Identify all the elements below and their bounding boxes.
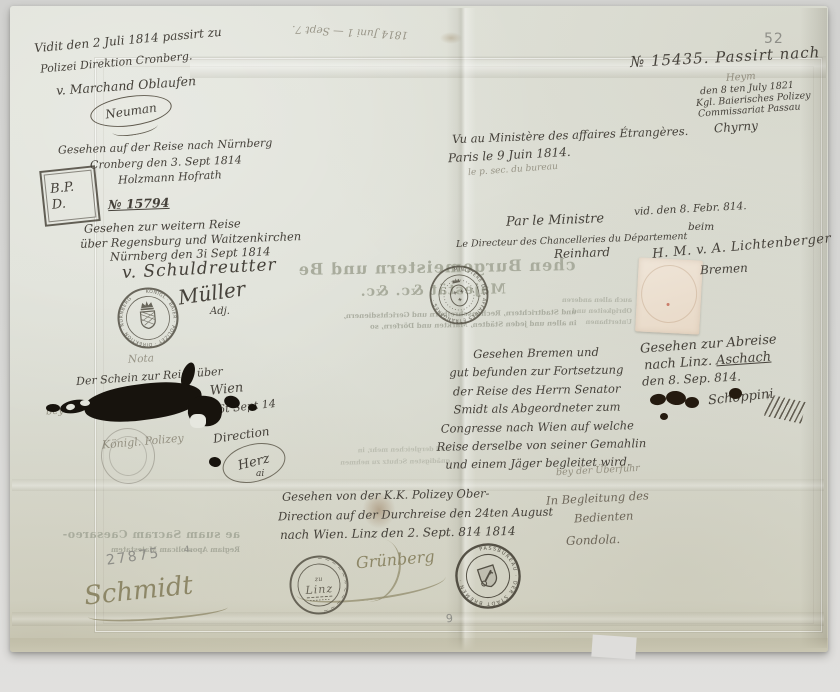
- visa-nuernberg-countersignature-sub: Adj.: [210, 307, 230, 318]
- ink-cancellation-tail2: [46, 404, 60, 412]
- bleedthrough-line: auch allen anderen: [548, 296, 632, 304]
- bleedthrough-right: auch allen anderen Obrigkeiten und Unter…: [548, 296, 632, 326]
- stamp-outer-ring: [116, 286, 180, 350]
- visa-vid-line2: beim: [688, 222, 714, 233]
- bp-stamp-line2: D.: [51, 195, 94, 213]
- fleur-de-lis-icon: [453, 290, 465, 303]
- bleedthrough-line: Obrigkeiten und: [548, 307, 632, 315]
- crown-band: [141, 308, 154, 311]
- shield-lozenges: [141, 311, 156, 325]
- ink-cancellation-dot: [248, 404, 257, 411]
- photograph-background: { "colors": { "background": "#d7d7d5", "…: [0, 0, 840, 692]
- shield-icon: [449, 283, 470, 307]
- visa-vienna-signature: Herz: [237, 452, 271, 473]
- ink-blot: [685, 397, 699, 408]
- visa-vid-signature-sub: Bremen: [700, 262, 748, 277]
- dotted-ring: [441, 277, 477, 313]
- visa-linz-line1: Gesehen von der K.K. Polizey Ober-: [282, 487, 490, 503]
- ink-gap: [190, 414, 206, 428]
- ink-blot: [729, 388, 742, 399]
- bleedthrough-line: ae suam Sacram Caesareo-: [108, 528, 240, 541]
- bleedthrough-line: und dergleichen mehr, in: [300, 445, 450, 456]
- visa-passau-signature: Chyrny: [714, 119, 759, 135]
- stamp-inner-ring: [125, 295, 172, 342]
- stamp-rim-text: KÖNIGL · BAIER · POLIZEY · DIREKTION · N…: [115, 286, 179, 350]
- pencil-register-suffix: 4.: [183, 544, 193, 555]
- visa-nuernberg-number: № 15794: [108, 196, 170, 211]
- seal-impression-circle: [640, 264, 699, 325]
- escort-line2: Bedienten: [574, 509, 634, 524]
- escort-signature: Gondola.: [566, 533, 621, 547]
- bottom-edge-tear: [591, 634, 636, 659]
- ink-gap: [80, 400, 90, 406]
- bp-boxed-stamp: B.P. D.: [39, 165, 101, 227]
- bleedthrough-line: Unterthanen: [548, 318, 632, 326]
- svg-text:KÖNIGL · BAIER · POLIZEY · DIR: KÖNIGL · BAIER · POLIZEY · DIREKTION · N…: [115, 286, 179, 350]
- visa-nuernberg-nota: Nota: [128, 353, 155, 365]
- visa-erlangen-signature: Neuman: [105, 101, 158, 121]
- nuernberg-police-stamp: KÖNIGL · BAIER · POLIZEY · DIREKTION · N…: [113, 283, 182, 352]
- crown-icon: [141, 301, 154, 309]
- visa-vienna-signature-sub: ai: [256, 470, 264, 479]
- wax-seal-under-paper: [635, 257, 703, 334]
- visa-paris-signature: Reinhard: [554, 246, 610, 261]
- stamp-center-linz: Linz: [304, 582, 334, 597]
- worn-bottom-edge: [10, 638, 828, 652]
- pencil-nine-mark: 9: [445, 612, 453, 626]
- stamp-rim-text: MINISTÈRE DES AFFAIRES ÉTRANGÈRES ·: [426, 261, 493, 330]
- right-edge-fold: [800, 8, 827, 648]
- bleedthrough-mid: und dergleichen mehr, in gnädigsten Schu…: [300, 445, 450, 468]
- crown-icon: [452, 278, 461, 284]
- ink-blot: [660, 413, 668, 420]
- stamp-underline2: [310, 599, 330, 600]
- bleedthrough-center: chen Burgemeistern und Be Majestät &c. &…: [245, 255, 576, 333]
- visa-paris-minister-line1: Par le Ministre: [506, 212, 604, 229]
- svg-text:MINISTÈRE DES AFFAIRES ÉTRANGÈ: MINISTÈRE DES AFFAIRES ÉTRANGÈRES ·: [426, 261, 493, 330]
- top-center-stain: [436, 30, 466, 46]
- linz-police-stamp: ~ ~ ~ ~ ~ ~ ~ ~ ~ ~ ~ zu Linz: [286, 552, 352, 618]
- french-ministry-stamp: MINISTÈRE DES AFFAIRES ÉTRANGÈRES ·: [422, 258, 496, 332]
- visa-bremen-paragraph: Gesehen Bremen und gut befunden zur Fort…: [435, 342, 639, 474]
